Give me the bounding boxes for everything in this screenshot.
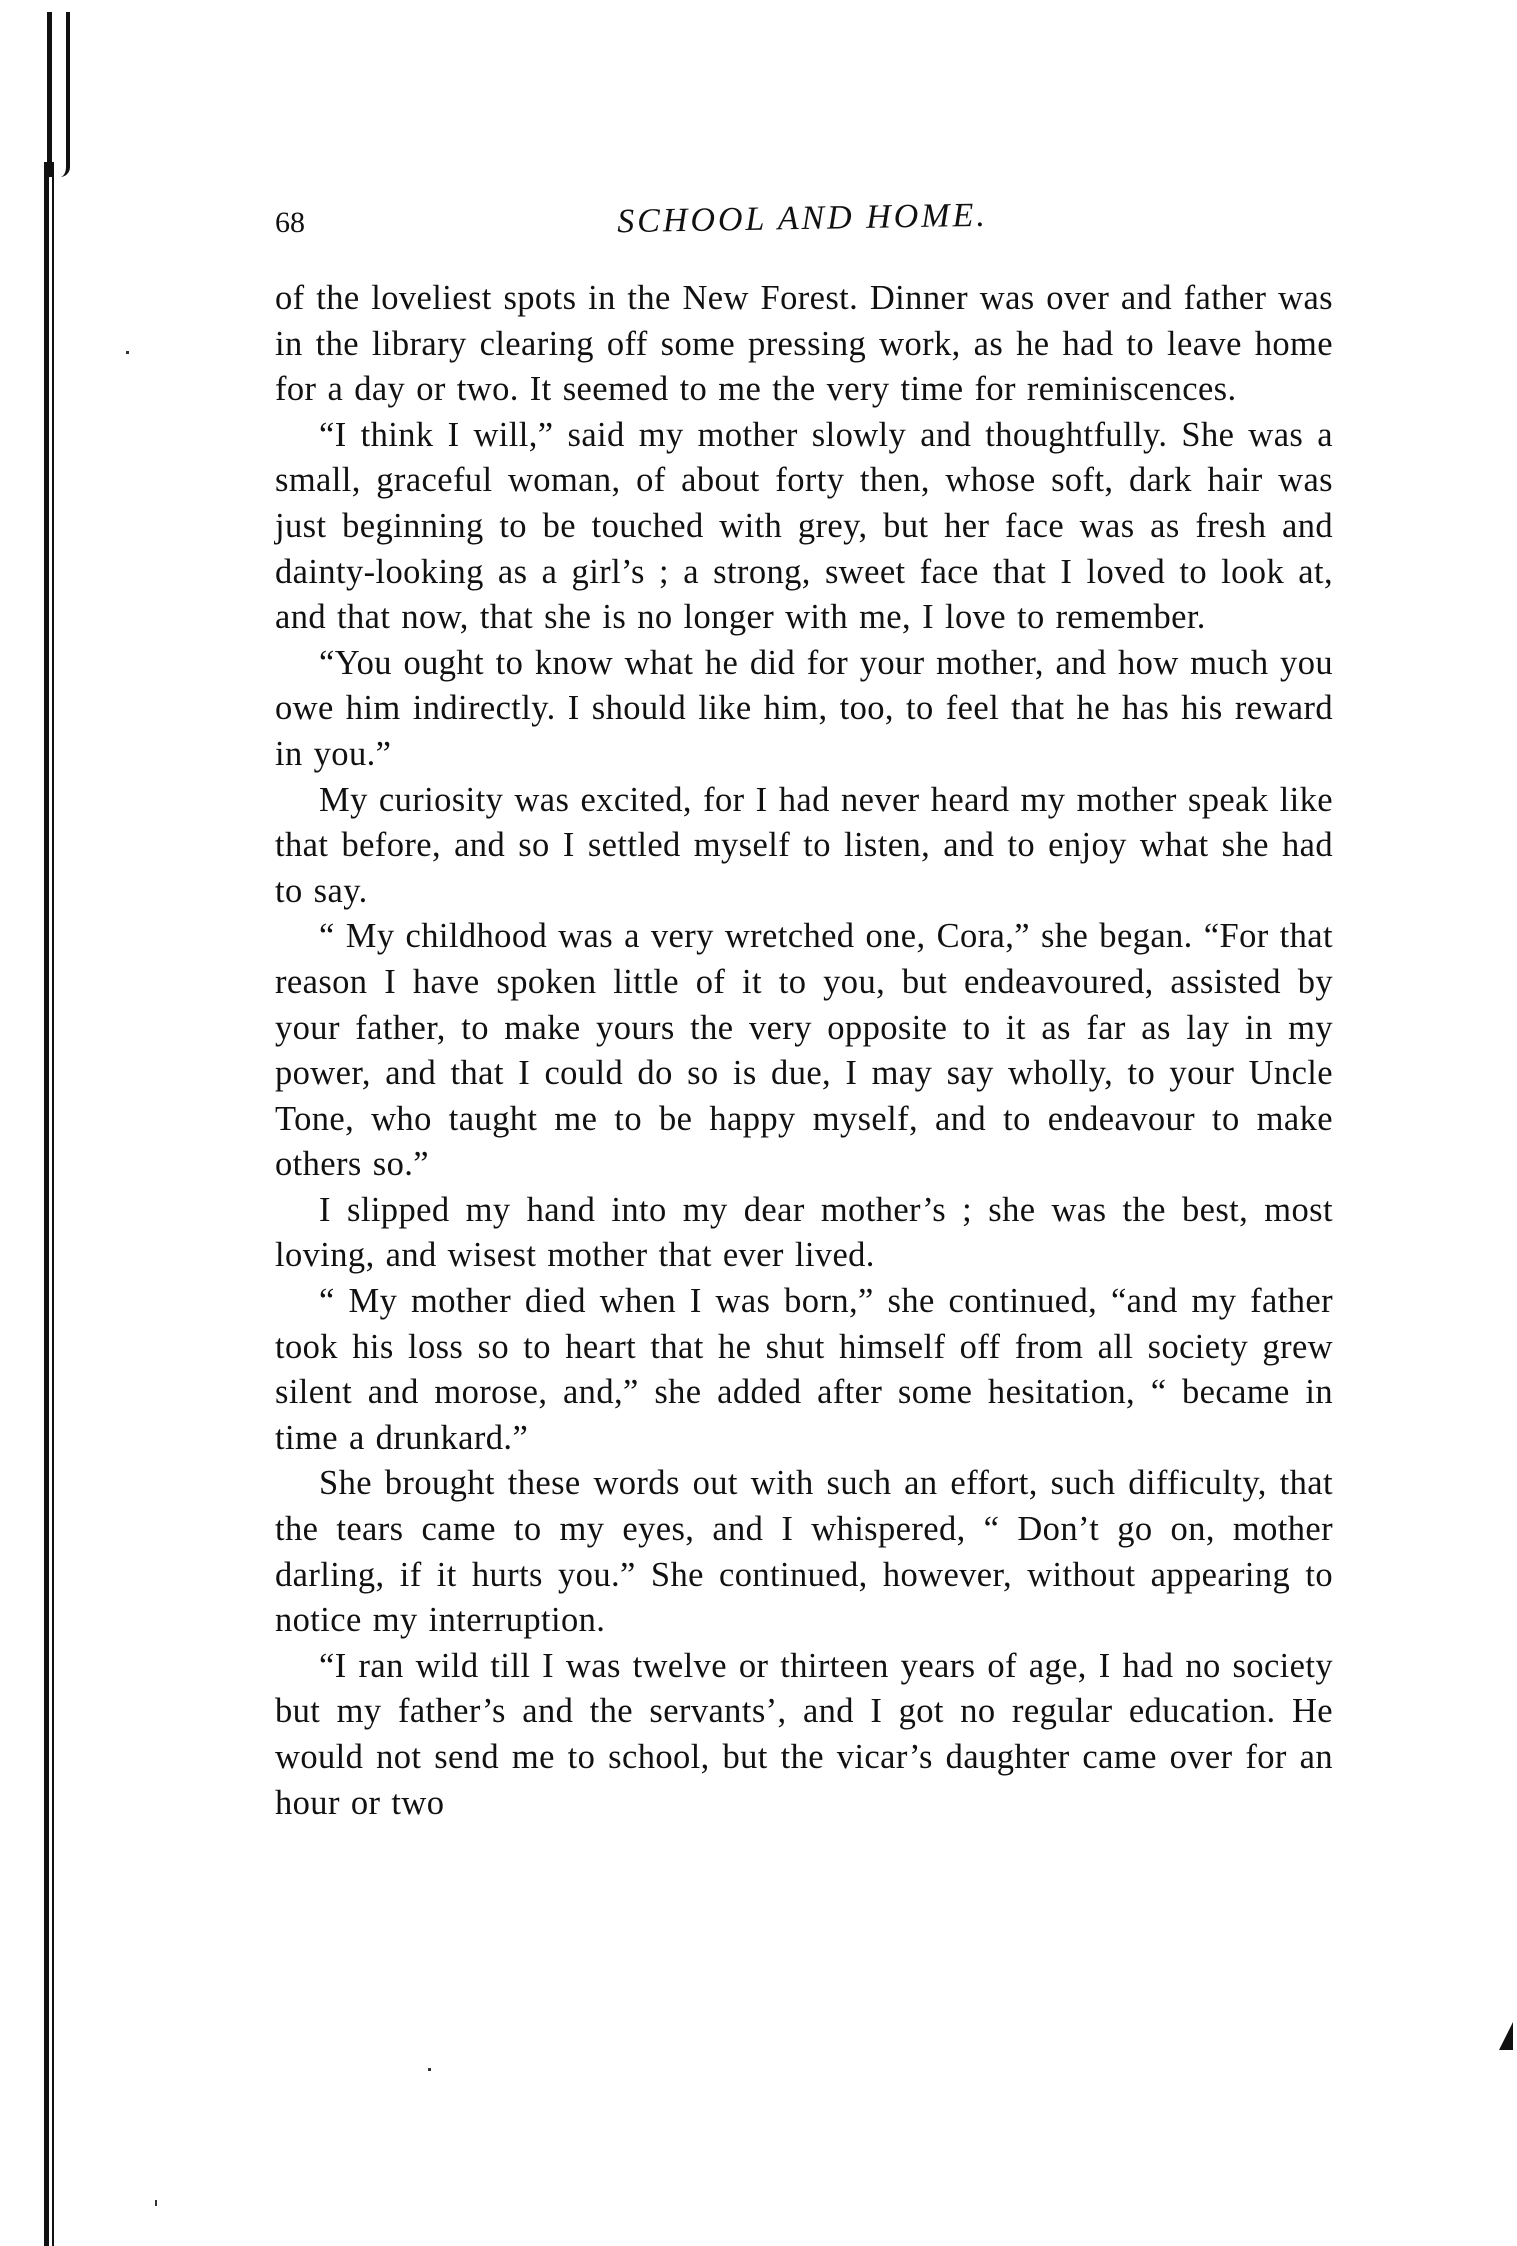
body-text: of the loveliest spots in the New Forest… — [275, 276, 1333, 1826]
paragraph: “ My mother died when I was born,” she c… — [275, 1279, 1333, 1461]
binding-line-thick — [44, 162, 49, 2246]
scan-speck — [155, 2200, 157, 2206]
page-corner-mark — [1499, 2022, 1513, 2050]
running-title: SCHOOL AND HOME. — [275, 191, 1331, 247]
paragraph: I slipped my hand into my dear mother’s … — [275, 1188, 1333, 1279]
book-binding-edge — [44, 12, 58, 2246]
paragraph: “I think I will,” said my mother slowly … — [275, 413, 1333, 641]
running-head: 68 SCHOOL AND HOME. — [275, 200, 1330, 250]
scan-speck — [428, 2068, 431, 2071]
binding-curve — [47, 12, 70, 177]
paragraph: She brought these words out with such an… — [275, 1461, 1333, 1643]
scan-speck — [126, 351, 129, 354]
paragraph: “I ran wild till I was twelve or thirtee… — [275, 1644, 1333, 1826]
paragraph: My curiosity was excited, for I had neve… — [275, 778, 1333, 915]
paragraph: “ My childhood was a very wretched one, … — [275, 914, 1333, 1188]
paragraph: of the loveliest spots in the New Forest… — [275, 276, 1333, 413]
binding-line-thin — [52, 162, 54, 2246]
paragraph: “You ought to know what he did for your … — [275, 641, 1333, 778]
